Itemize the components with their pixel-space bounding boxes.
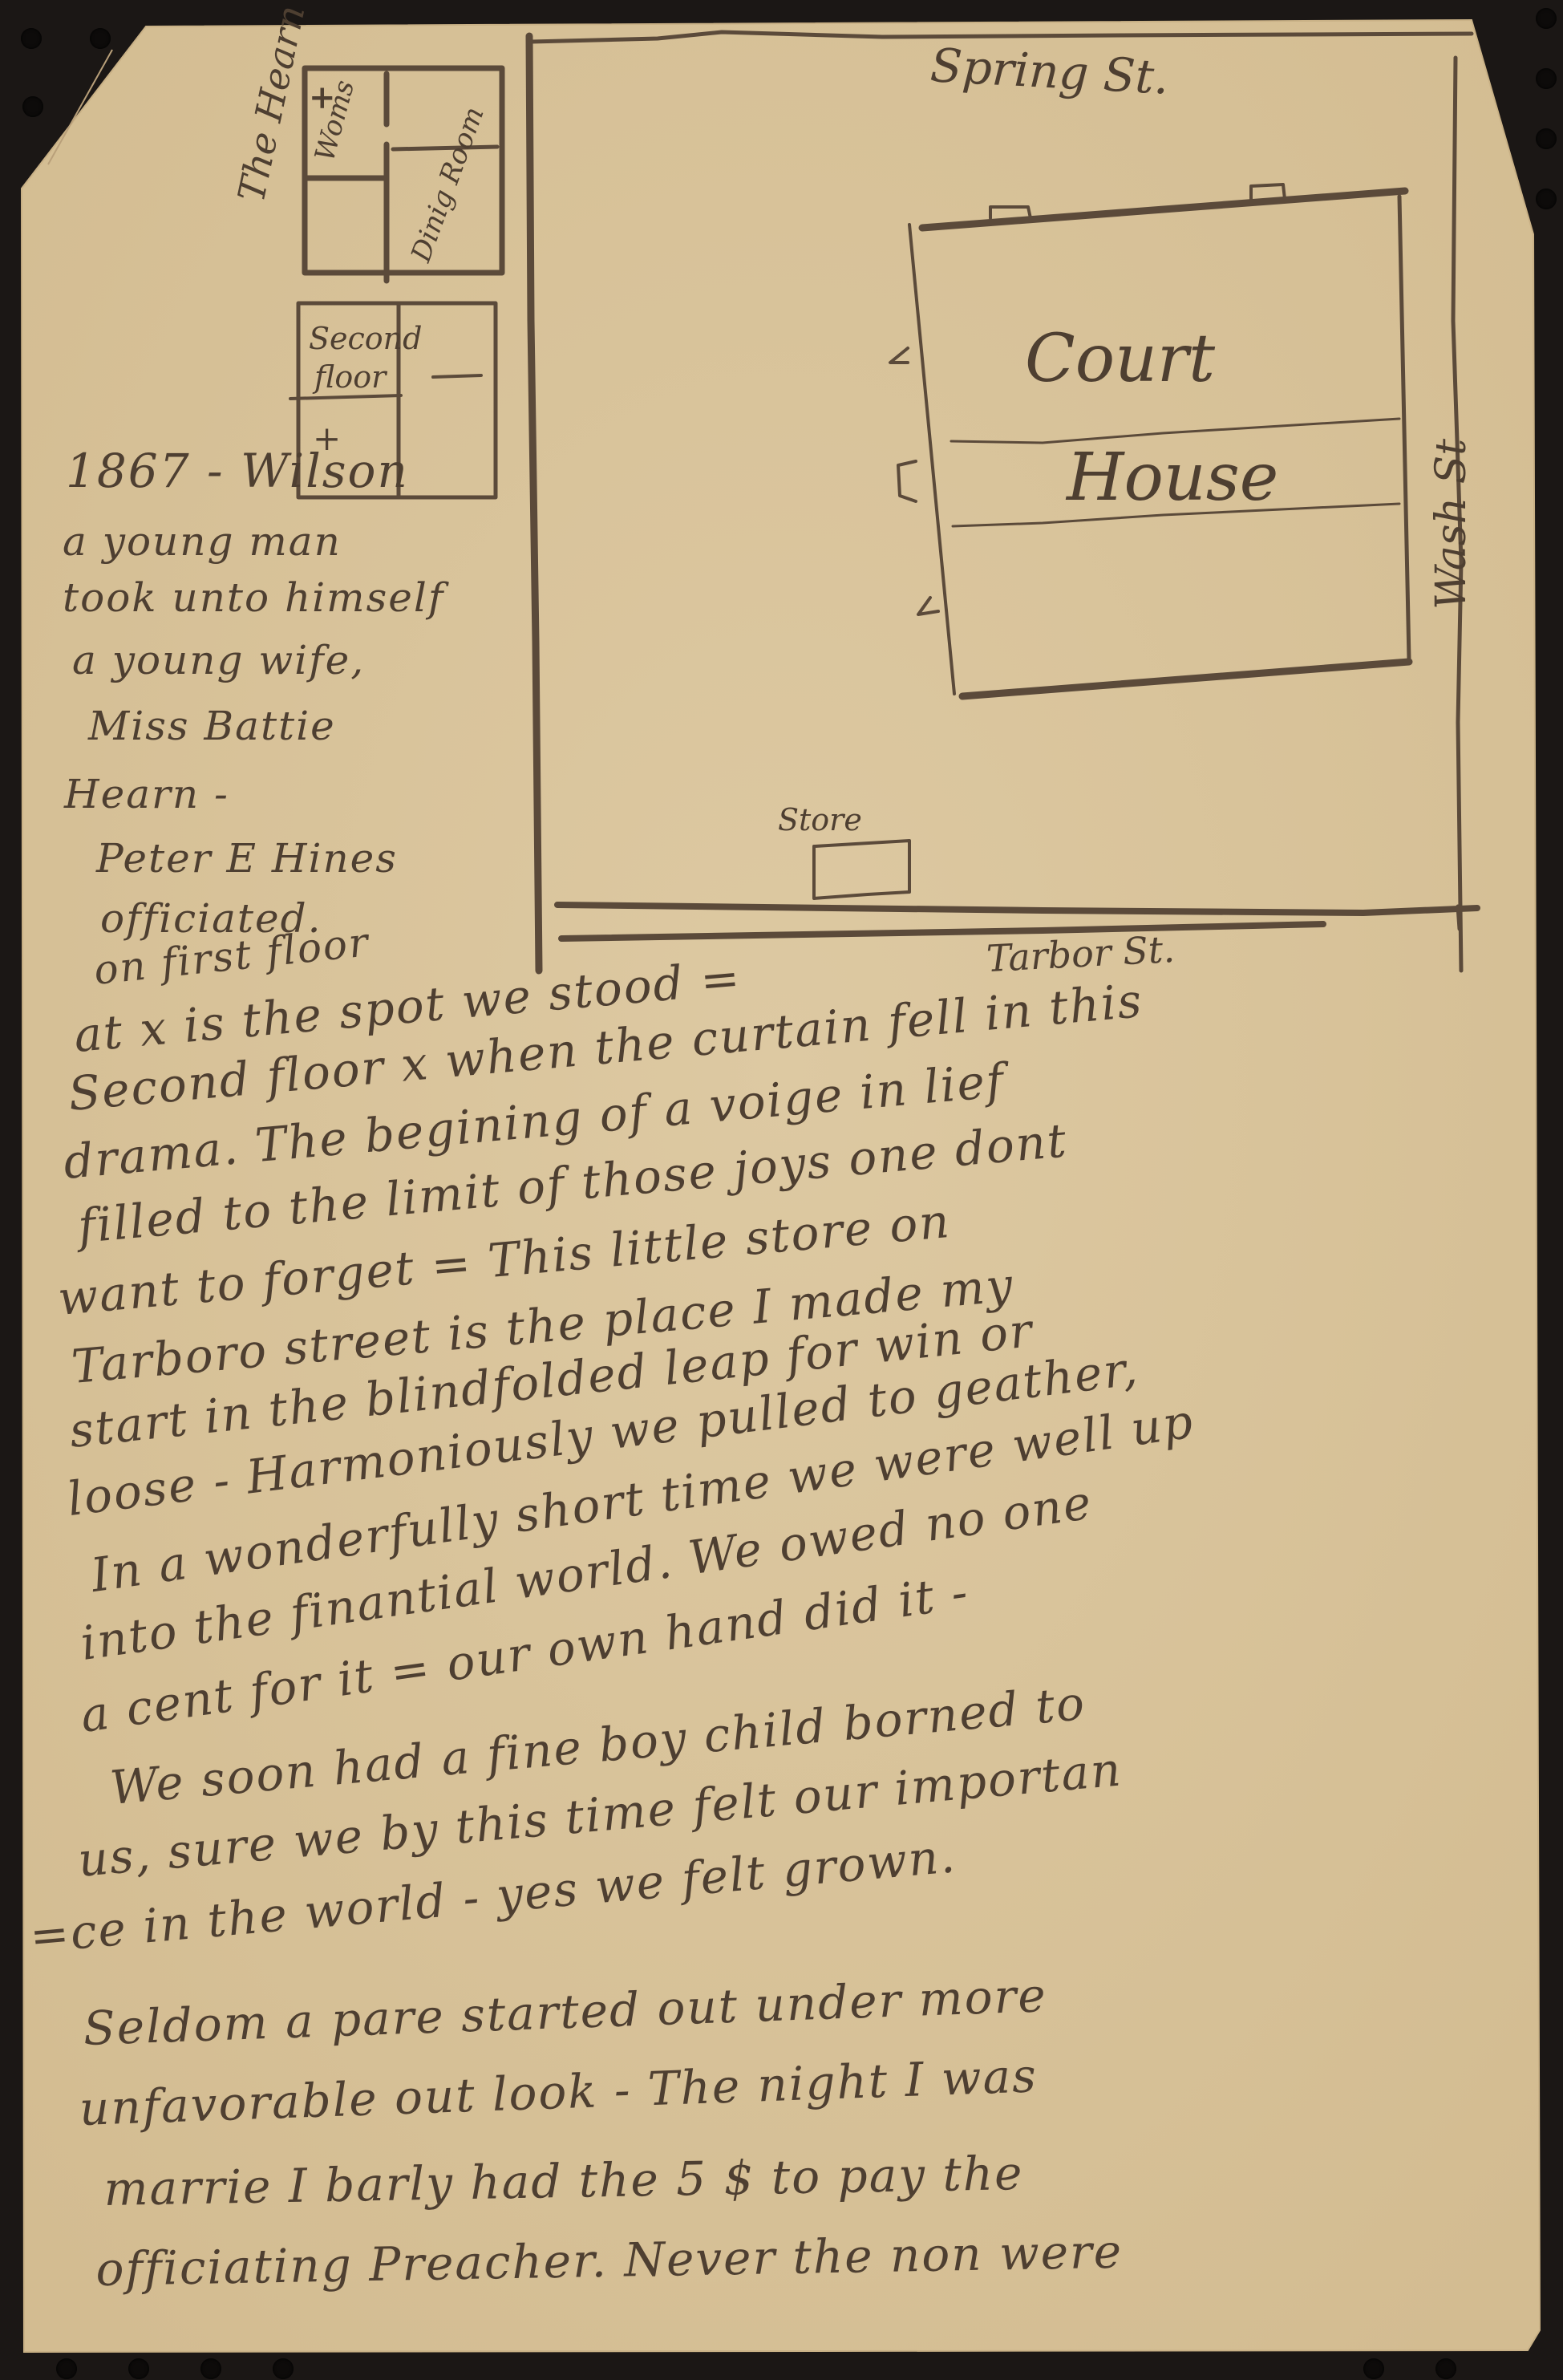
store-label: Store <box>778 802 862 837</box>
washington-street-label: Wash St <box>1427 439 1476 610</box>
note-line: Hearn - <box>64 774 229 814</box>
note-line: took unto himself <box>63 578 444 618</box>
note-line: 1867 - Wilson <box>66 448 409 494</box>
house-label: House <box>1067 440 1278 516</box>
note-line: Peter E Hines <box>96 838 398 878</box>
note-line: Miss Battie <box>88 706 336 746</box>
second-floor-label-2: floor <box>314 359 386 395</box>
note-line: a young wife, <box>72 640 365 680</box>
second-floor-label: Second <box>309 321 422 356</box>
note-line: a young man <box>63 521 342 562</box>
court-label: Court <box>1025 321 1215 397</box>
first-floor-x-mark: + <box>309 79 336 116</box>
